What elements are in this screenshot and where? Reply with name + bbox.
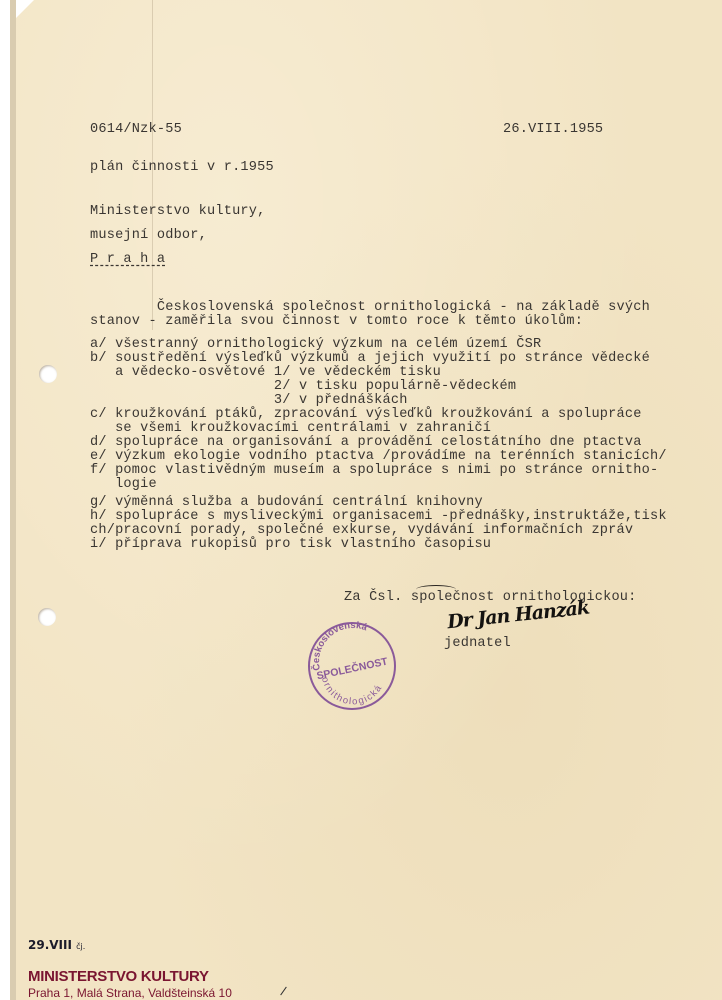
task-item: a vědecko-osvětové 1/ ve vědeckém tisku (90, 367, 441, 380)
received-date: 29.VIII (28, 938, 72, 952)
task-item: se všemi kroužkovacími centrálami v zahr… (90, 423, 491, 436)
task-item: e/ výzkum ekologie vodního ptactva /prov… (90, 451, 667, 464)
task-item: g/ výměnná služba a budování centrální k… (90, 497, 483, 510)
reference-number: 0614/Nzk-55 (90, 122, 182, 137)
society-seal-icon: Československá SPOLEČNOST ornithologická (306, 620, 398, 712)
intro-line-2: stanov - zaměřila svou činnost v tomto r… (90, 316, 583, 329)
signatory-title: jednatel (444, 636, 511, 651)
task-item: i/ příprava rukopisů pro tisk vlastního … (90, 539, 491, 552)
recipient-city: P r a h a (90, 252, 165, 267)
task-item: h/ spolupráce s mysliveckými organisacem… (90, 511, 667, 524)
signature-flourish (416, 585, 456, 594)
punch-hole-icon (38, 608, 56, 626)
task-item: c/ kroužkování ptáků, zpracování výsleďk… (90, 409, 642, 422)
task-item: f/ pomoc vlastivědným museím a spoluprác… (90, 465, 658, 478)
letter-subject: plán činnosti v r.1955 (90, 160, 274, 175)
ministry-stamp-address: Praha 1, Malá Strana, Valdšteinská 10 (28, 986, 232, 1000)
recipient-line-2: musejní odbor, (90, 228, 207, 243)
ministry-stamp-name: MINISTERSTVO KULTURY (28, 968, 232, 985)
torn-corner (16, 0, 34, 18)
task-item: b/ soustředění výsleďků výzkumů a jejich… (90, 353, 650, 366)
closing-line: Za Čsl. společnost ornithologickou: (344, 590, 637, 605)
task-item: ch/pracovní porady, společné exkurse, vy… (90, 525, 633, 538)
page-edge (10, 0, 16, 1000)
received-date-stamp: 29.VIII čj. (28, 938, 85, 952)
intro-line-1: Československá společnost ornithologická… (90, 302, 650, 315)
task-item: 2/ v tisku populárně-vědeckém (90, 381, 516, 394)
ministry-stamp: MINISTERSTVO KULTURY Praha 1, Malá Stran… (28, 968, 232, 1000)
task-item: 3/ v přednáškách (90, 395, 408, 408)
letter-date: 26.VIII.1955 (503, 122, 603, 137)
task-item: logie (90, 479, 157, 492)
task-item: a/ všestranný ornithologický výzkum na c… (90, 339, 541, 352)
recipient-line-1: Ministerstvo kultury, (90, 204, 266, 219)
received-suffix: čj. (76, 942, 85, 951)
punch-hole-icon (39, 365, 57, 383)
task-item: d/ spolupráce na organisování a prováděn… (90, 437, 642, 450)
